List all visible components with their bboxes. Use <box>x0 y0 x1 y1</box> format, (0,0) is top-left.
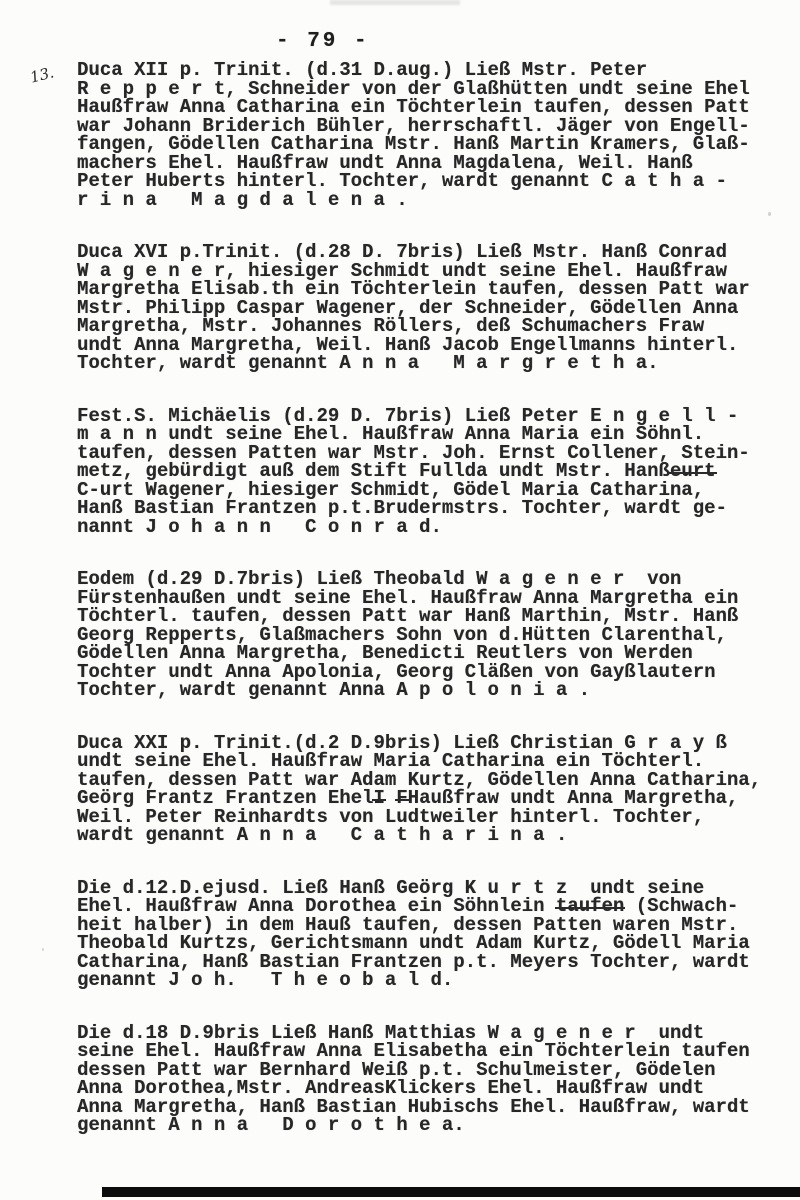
text-line: wardt genannt A n n a C a t h a r i n a … <box>77 826 783 845</box>
text-line: genannt A n n a D o r o t h e a. <box>77 1116 783 1135</box>
register-entry: Duca XII p. Trinit. (d.31 D.aug.) Ließ M… <box>77 61 783 209</box>
register-entry: Eodem (d.29 D.7bris) Ließ Theobald W a g… <box>77 570 783 700</box>
text-line: nannt J o h a n n C o n r a d. <box>77 518 783 537</box>
scan-edge-bar <box>102 1187 800 1197</box>
struck-text: I <box>373 787 384 809</box>
text-line: genannt J o h. T h e o b a l d. <box>77 971 783 990</box>
struck-text: taufen <box>556 895 624 917</box>
handwritten-margin-note: 13. <box>28 63 56 86</box>
text-line: r i n a M a g d a l e n a . <box>77 191 783 210</box>
scanned-register-page: - 79 - 13. Duca XII p. Trinit. (d.31 D.a… <box>0 0 800 1200</box>
register-entry: Duca XVI p.Trinit. (d.28 D. 7bris) Ließ … <box>77 243 783 373</box>
register-entry: Die d.18 D.9bris Ließ Hanß Matthias W a … <box>77 1024 783 1135</box>
register-entry: Fest.S. Michäelis (d.29 D. 7bris) Ließ P… <box>77 407 783 537</box>
struck-text: F <box>396 787 407 809</box>
page-number: - 79 - <box>276 30 370 53</box>
register-entries: Duca XII p. Trinit. (d.31 D.aug.) Ließ M… <box>77 61 783 1169</box>
scan-speck <box>42 948 44 951</box>
register-entry: Die d.12.D.ejusd. Ließ Hanß Geörg K u r … <box>77 879 783 990</box>
register-entry: Duca XXI p. Trinit.(d.2 D.9bris) Ließ Ch… <box>77 734 783 845</box>
text-line: Tochter, wardt genannt A n n a M a r g r… <box>77 354 783 373</box>
scan-smudge-top <box>330 0 460 5</box>
scan-speck <box>114 1188 126 1196</box>
struck-text: eurt <box>670 460 716 482</box>
text-line: Tochter, wardt genannt Anna A p o l o n … <box>77 681 783 700</box>
